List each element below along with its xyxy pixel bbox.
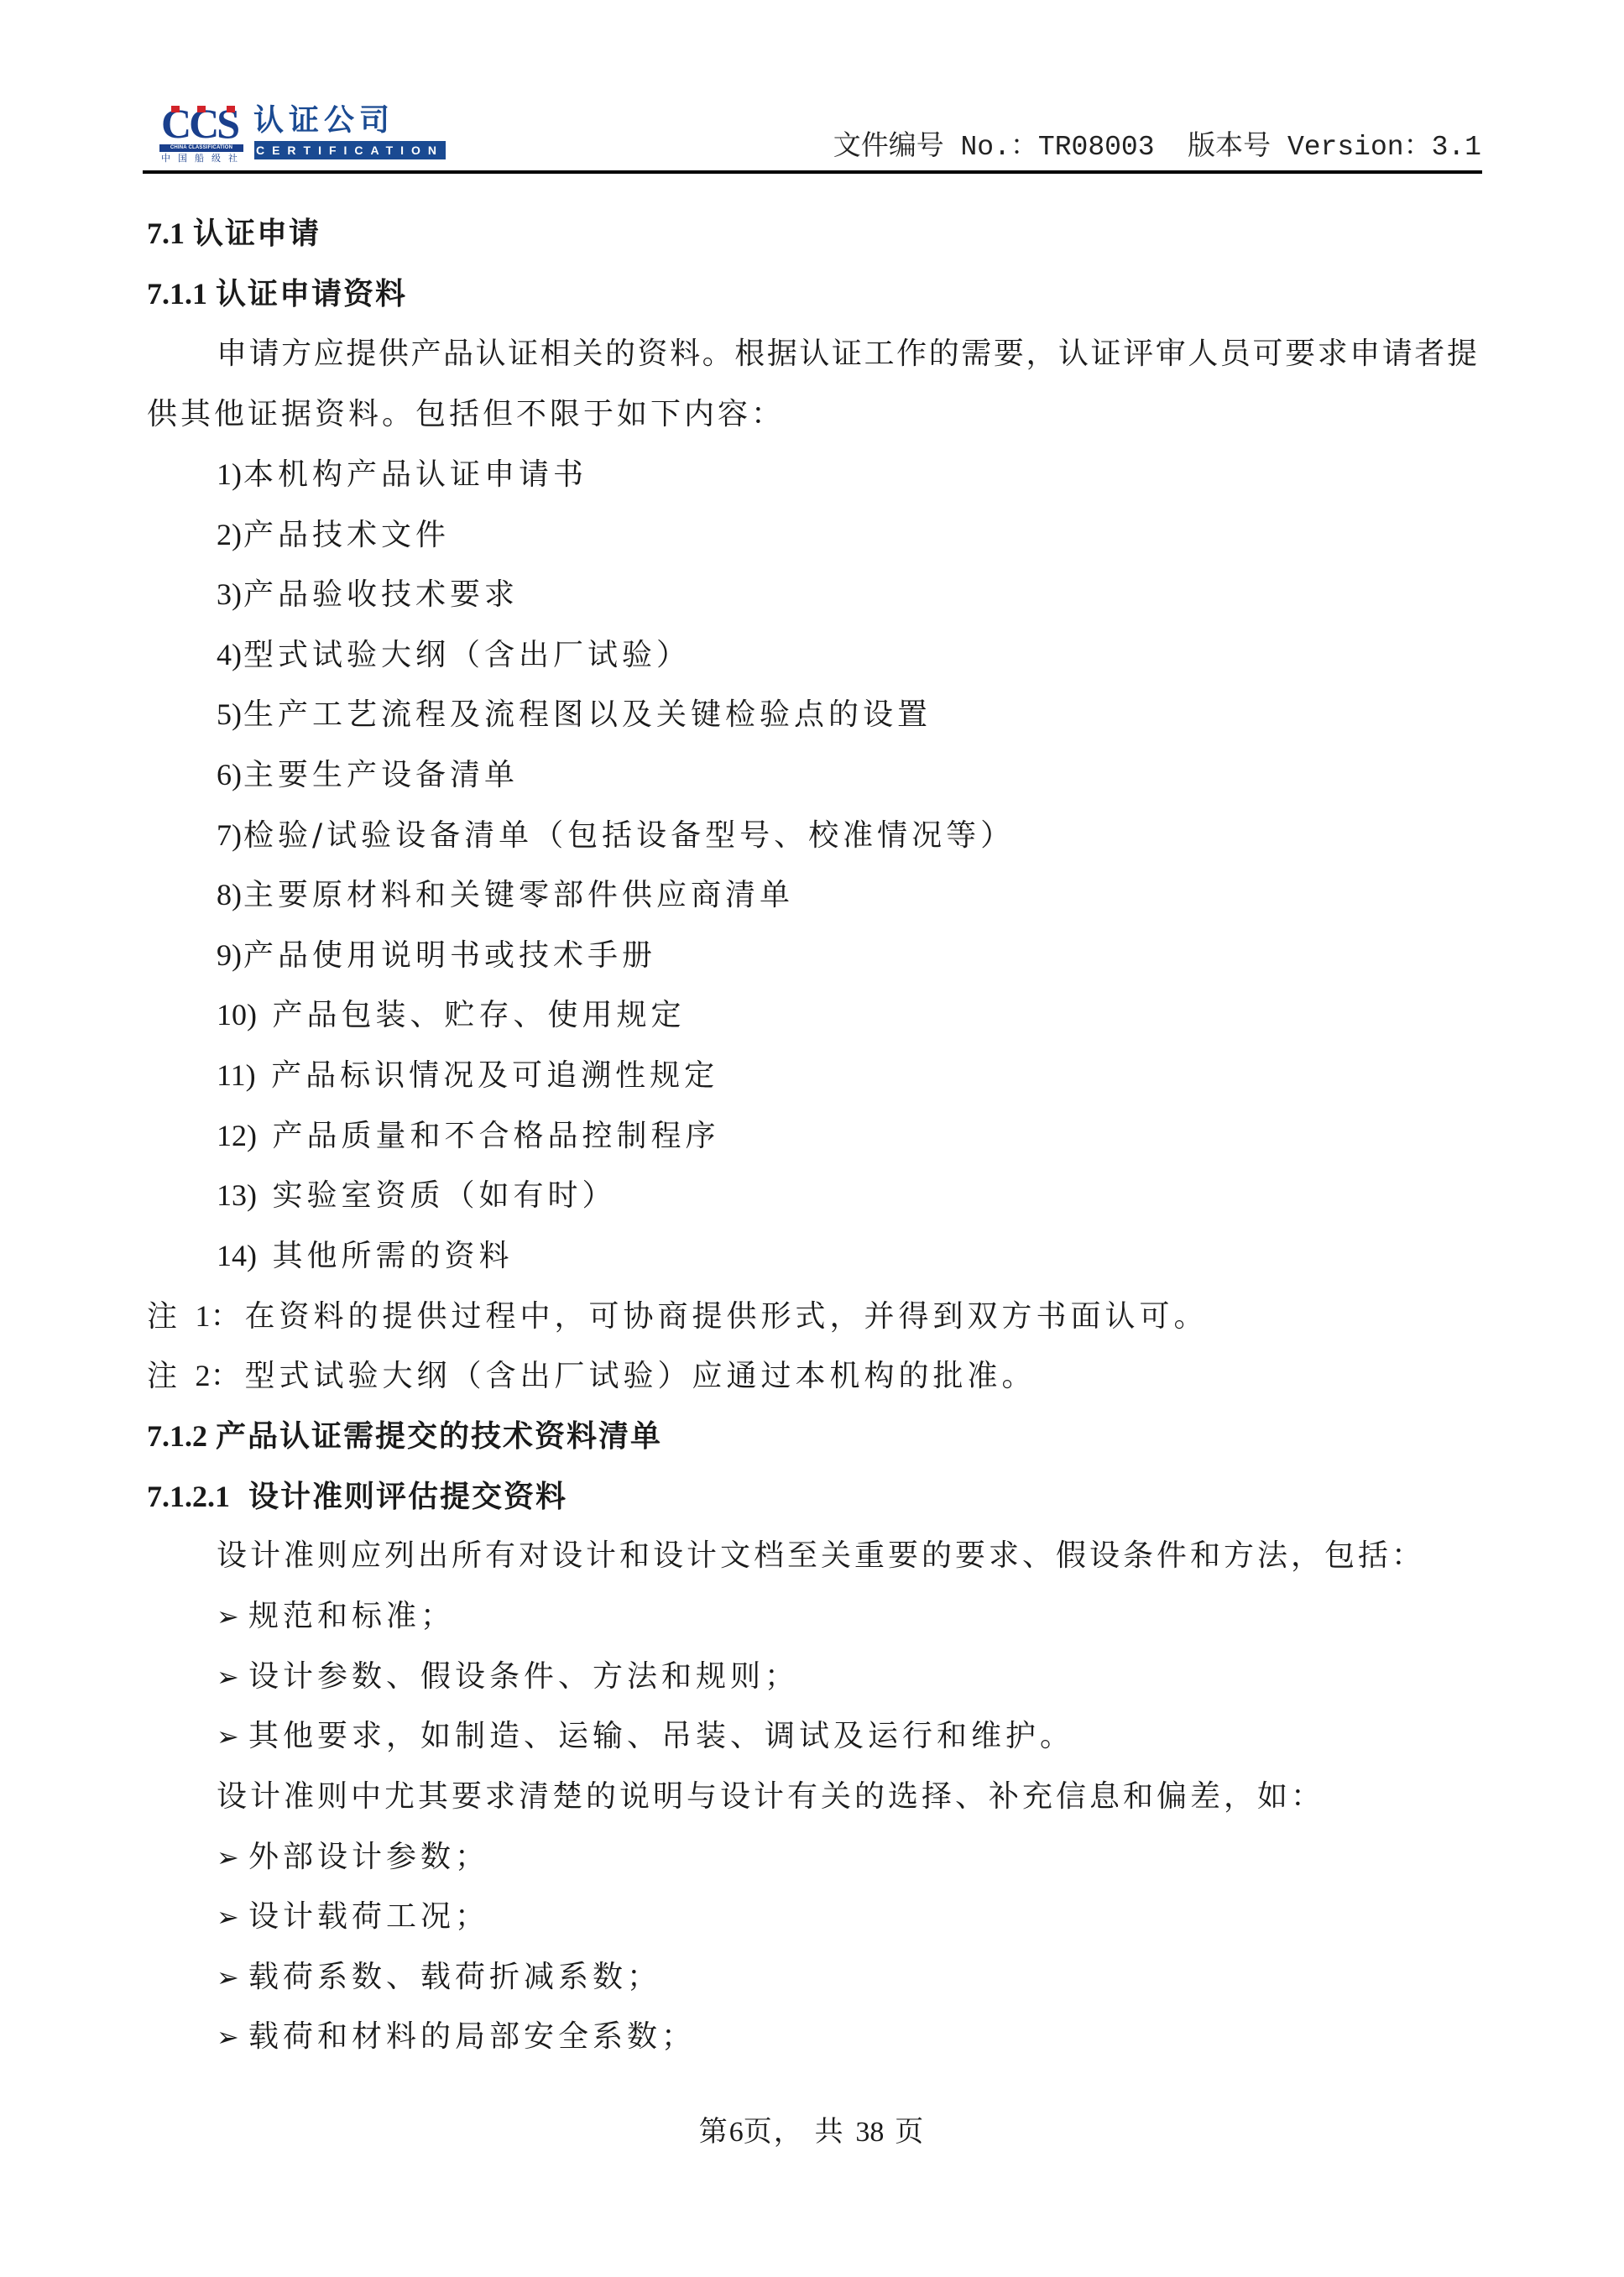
heading-7-1: 7.1认证申请 <box>147 212 321 254</box>
document-number-version: 文件编号 No.：TR08003 版本号 Version：3.1 <box>833 131 1481 165</box>
bullet-item: ➢载荷和材料的局部安全系数； <box>217 2016 696 2058</box>
logo-red-accent <box>197 106 206 112</box>
total-pages: 38 <box>855 2117 884 2148</box>
header-rule <box>143 170 1482 174</box>
heading-number: 7.1.2 <box>147 1419 207 1453</box>
list-item: 9)产品使用说明书或技术手册 <box>217 934 656 976</box>
current-page: 6 <box>729 2117 744 2148</box>
certification-chinese-name: 认证公司 <box>253 104 394 138</box>
list-item: 7)检验/试验设备清单（包括设备型号、校准情况等） <box>217 814 1015 856</box>
list-item: 12) 产品质量和不合格品控制程序 <box>217 1115 719 1157</box>
note-1: 注 1：在资料的提供过程中，可协商提供形式，并得到双方书面认可。 <box>147 1295 1208 1337</box>
heading-7-1-1: 7.1.1认证申请资料 <box>147 273 407 315</box>
heading-number: 7.1.1 <box>147 277 207 311</box>
paragraph-line: 设计准则中尤其要求清楚的说明与设计有关的选择、补充信息和偏差，如： <box>217 1776 1324 1818</box>
arrow-bullet-icon: ➢ <box>217 1896 242 1938</box>
list-item: 1)本机构产品认证申请书 <box>217 453 587 495</box>
list-item: 6)主要生产设备清单 <box>217 754 519 796</box>
doc-no-label: 文件编号 No.： <box>833 132 1038 163</box>
logo-red-accent <box>171 106 180 112</box>
bullet-item: ➢设计载荷工况； <box>217 1896 489 1938</box>
heading-title: 设计准则评估提交资料 <box>248 1479 567 1514</box>
version-label: 版本号 Version： <box>1188 132 1431 163</box>
list-item: 5)生产工艺流程及流程图以及关键检验点的设置 <box>217 693 932 735</box>
arrow-bullet-icon: ➢ <box>217 1836 242 1878</box>
heading-number: 7.1 <box>147 217 185 250</box>
bullet-item: ➢设计参数、假设条件、方法和规则； <box>217 1656 799 1698</box>
heading-title: 认证申请资料 <box>216 276 407 311</box>
certification-band: CERTIFICATION <box>254 141 446 159</box>
arrow-bullet-icon: ➢ <box>217 1956 242 1998</box>
paragraph-line: 供其他证据资料。包括但不限于如下内容： <box>147 394 785 436</box>
heading-7-1-2-1: 7.1.2.1设计准则评估提交资料 <box>147 1475 567 1517</box>
arrow-bullet-icon: ➢ <box>217 2016 242 2058</box>
ccs-certification-logo: CCS CHINA CLASSIFICATION SOCIETY 中国船级社 认… <box>159 104 449 165</box>
heading-title: 产品认证需提交的技术资料清单 <box>216 1418 662 1454</box>
list-item: 11) 产品标识情况及可追溯性规定 <box>217 1054 718 1096</box>
list-item: 10) 产品包装、贮存、使用规定 <box>217 994 685 1036</box>
heading-title: 认证申请 <box>193 216 321 251</box>
bullet-item: ➢规范和标准； <box>217 1595 455 1637</box>
list-item: 4)型式试验大纲（含出厂试验） <box>217 634 691 676</box>
ccs-society-band: CHINA CLASSIFICATION SOCIETY <box>159 144 243 152</box>
arrow-bullet-icon: ➢ <box>217 1595 242 1637</box>
bullet-item: ➢外部设计参数； <box>217 1836 489 1878</box>
version: 3.1 <box>1432 132 1481 163</box>
list-item: 14) 其他所需的资料 <box>217 1235 513 1277</box>
list-item: 13) 实验室资质（如有时） <box>217 1174 616 1216</box>
arrow-bullet-icon: ➢ <box>217 1716 242 1757</box>
paragraph-line: 设计准则应列出所有对设计和设计文档至关重要的要求、假设条件和方法，包括： <box>217 1535 1425 1577</box>
arrow-bullet-icon: ➢ <box>217 1656 242 1698</box>
note-2: 注 2：型式试验大纲（含出厂试验）应通过本机构的批准。 <box>147 1355 1036 1397</box>
doc-no: TR08003 <box>1038 132 1155 163</box>
bullet-item: ➢载荷系数、载荷折减系数； <box>217 1956 661 1998</box>
page-number-footer: 第6页， 共 38 页 <box>0 2111 1624 2154</box>
ccs-chinese-name: 中国船级社 <box>161 153 243 164</box>
heading-number: 7.1.2.1 <box>147 1480 230 1513</box>
list-item: 8)主要原材料和关键零部件供应商清单 <box>217 874 794 916</box>
list-item: 3)产品验收技术要求 <box>217 573 519 615</box>
heading-7-1-2: 7.1.2产品认证需提交的技术资料清单 <box>147 1415 662 1457</box>
list-item: 2)产品技术文件 <box>217 514 450 556</box>
bullet-item: ➢其他要求，如制造、运输、吊装、调试及运行和维护。 <box>217 1716 1074 1757</box>
logo-red-accent <box>227 106 235 112</box>
paragraph-line: 申请方应提供产品认证相关的资料。根据认证工作的需要，认证评审人员可要求申请者提 <box>147 333 1477 375</box>
